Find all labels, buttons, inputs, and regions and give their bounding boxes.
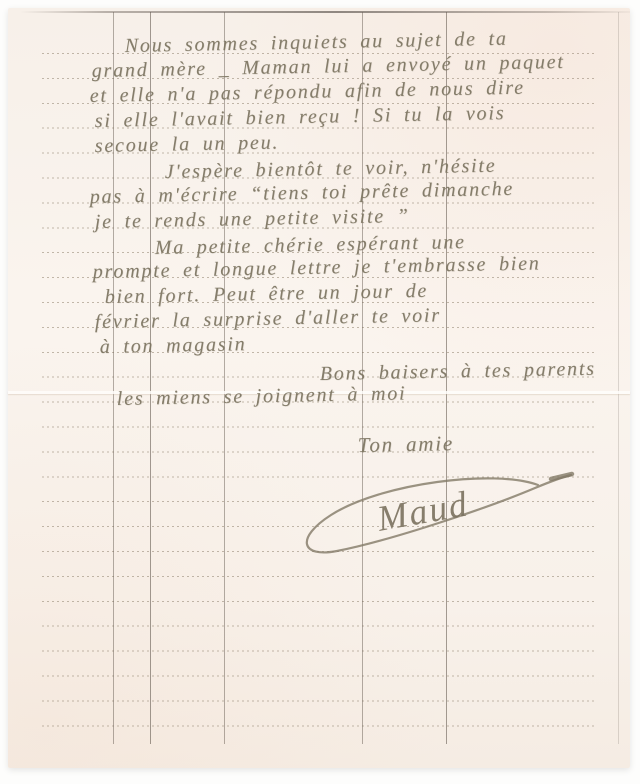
letter-line-13: à ton magasin bbox=[100, 332, 247, 359]
ruled-vertical-line-margin bbox=[618, 12, 619, 744]
letter-closing: Ton amie bbox=[358, 431, 455, 457]
page-top-edge-shadow bbox=[20, 11, 630, 13]
letter-line-5: secoue la un peu. bbox=[95, 130, 280, 158]
signature-block: Maud bbox=[285, 455, 575, 570]
letter-paper: Nous sommes inquiets au sujet de ta gran… bbox=[8, 8, 630, 768]
